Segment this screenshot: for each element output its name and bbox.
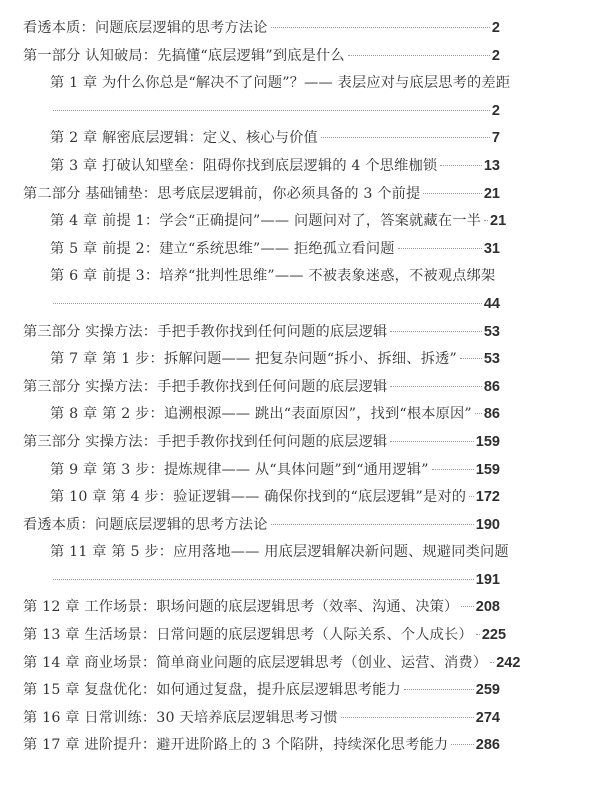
toc-entry-page: 259 xyxy=(476,677,500,705)
dot-leader xyxy=(484,220,488,221)
toc-entry[interactable]: 第 15 章 复盘优化：如何通过复盘，提升底层逻辑思考能力 259 xyxy=(0,677,603,705)
toc-entry-page: 191 xyxy=(476,567,500,595)
toc-entry-page: 159 xyxy=(476,457,500,485)
dot-leader xyxy=(451,744,473,745)
toc-entry[interactable]: 第 9 章 第 3 步：提炼规律—— 从“具体问题”到“通用逻辑” 159 xyxy=(0,457,603,485)
toc-entry-title: 第 17 章 进阶提升：避开进阶路上的 3 个陷阱，持续深化思考能力 xyxy=(23,732,448,760)
dot-leader xyxy=(348,55,490,56)
toc-entry-title: 第三部分 实操方法：手把手教你找到任何问题的底层逻辑 xyxy=(23,319,387,347)
dot-leader xyxy=(460,358,482,359)
toc-entry-page: 2 xyxy=(492,15,500,43)
toc-entry-title: 第 13 章 生活场景：日常问题的底层逻辑思考（人际关系、个人成长） xyxy=(23,622,473,650)
toc-entry[interactable]: 第 1 章 为什么你总是“解决不了问题”？—— 表层应对与底层思考的差距 xyxy=(0,70,603,98)
toc-entry-page: 31 xyxy=(484,236,500,264)
toc-entry[interactable]: 第二部分 基础铺垫：思考底层逻辑前，你必须具备的 3 个前提 21 xyxy=(0,181,603,209)
toc-entry-title: 看透本质：问题底层逻辑的思考方法论 xyxy=(23,15,268,43)
toc-entry-page: 2 xyxy=(492,43,500,71)
toc-entry-title: 第 11 章 第 5 步：应用落地—— 用底层逻辑解决新问题、规避同类问题 xyxy=(50,539,509,567)
toc-entry[interactable]: 看透本质：问题底层逻辑的思考方法论 190 xyxy=(0,512,603,540)
toc-entry[interactable]: 第 6 章 前提 3：培养“批判性思维”—— 不被表象迷惑，不被观点绑架 xyxy=(0,263,603,291)
dot-leader xyxy=(475,413,482,414)
toc-entry-title: 第 6 章 前提 3：培养“批判性思维”—— 不被表象迷惑，不被观点绑架 xyxy=(50,263,500,291)
toc-entry[interactable]: 第三部分 实操方法：手把手教你找到任何问题的底层逻辑 86 xyxy=(0,374,603,402)
toc-entry-page: 2 xyxy=(492,98,500,126)
toc-entry[interactable]: 第 16 章 日常训练：30 天培养底层逻辑思考习惯 274 xyxy=(0,705,603,733)
toc-entry-continuation[interactable]: 2 xyxy=(0,98,603,126)
toc-entry-title: 第 15 章 复盘优化：如何通过复盘，提升底层逻辑思考能力 xyxy=(23,677,401,705)
toc-entry[interactable]: 第 11 章 第 5 步：应用落地—— 用底层逻辑解决新问题、规避同类问题 xyxy=(0,539,603,567)
dot-leader xyxy=(476,634,480,635)
dot-leader xyxy=(390,441,473,442)
dot-leader xyxy=(432,469,474,470)
dot-leader xyxy=(53,303,482,304)
toc-entry[interactable]: 第 7 章 第 1 步：拆解问题—— 把复杂问题“拆小、拆细、拆透” 53 xyxy=(0,346,603,374)
toc-entry[interactable]: 第三部分 实操方法：手把手教你找到任何问题的底层逻辑 53 xyxy=(0,319,603,347)
dot-leader xyxy=(461,606,473,607)
toc-entry-continuation[interactable]: 191 xyxy=(0,567,603,595)
dot-leader xyxy=(53,110,490,111)
toc-entry[interactable]: 第 12 章 工作场景：职场问题的底层逻辑思考（效率、沟通、决策） 208 xyxy=(0,594,603,622)
dot-leader xyxy=(390,331,481,332)
toc-entry-page: 172 xyxy=(476,484,500,512)
toc-entry-page: 286 xyxy=(476,732,500,760)
toc-entry-page: 274 xyxy=(476,705,500,733)
toc-entry-page: 7 xyxy=(492,125,500,153)
dot-leader xyxy=(271,524,474,525)
toc-entry-title: 第三部分 实操方法：手把手教你找到任何问题的底层逻辑 xyxy=(23,429,387,457)
toc-entry[interactable]: 第 5 章 前提 2：建立“系统思维”—— 拒绝孤立看问题 31 xyxy=(0,236,603,264)
toc-entry-title: 第 5 章 前提 2：建立“系统思维”—— 拒绝孤立看问题 xyxy=(50,236,395,264)
table-of-contents: 看透本质：问题底层逻辑的思考方法论 2 第一部分 认知破局：先搞懂“底层逻辑”到… xyxy=(0,15,603,760)
dot-leader xyxy=(423,193,481,194)
toc-entry-title: 第 3 章 打破认知壁垒：阻碍你找到底层逻辑的 4 个思维枷锁 xyxy=(50,153,437,181)
toc-entry[interactable]: 第 8 章 第 2 步：追溯根源—— 跳出“表面原因”，找到“根本原因” 86 xyxy=(0,401,603,429)
toc-entry-page: 159 xyxy=(476,429,500,457)
toc-entry-page: 86 xyxy=(484,401,500,429)
dot-leader xyxy=(469,496,474,497)
toc-entry-title: 第 7 章 第 1 步：拆解问题—— 把复杂问题“拆小、拆细、拆透” xyxy=(50,346,457,374)
toc-entry[interactable]: 第 2 章 解密底层逻辑：定义、核心与价值 7 xyxy=(0,125,603,153)
toc-entry-page: 225 xyxy=(482,622,506,650)
toc-entry-page: 21 xyxy=(490,208,506,236)
dot-leader xyxy=(398,248,482,249)
toc-entry[interactable]: 第三部分 实操方法：手把手教你找到任何问题的底层逻辑 159 xyxy=(0,429,603,457)
toc-entry[interactable]: 第 10 章 第 4 步：验证逻辑—— 确保你找到的“底层逻辑”是对的 172 xyxy=(0,484,603,512)
toc-entry-title: 第 2 章 解密底层逻辑：定义、核心与价值 xyxy=(50,125,318,153)
dot-leader xyxy=(440,165,482,166)
toc-entry[interactable]: 第 4 章 前提 1：学会“正确提问”—— 问题问对了，答案就藏在一半 21 xyxy=(0,208,603,236)
toc-entry-page: 13 xyxy=(484,153,500,181)
toc-entry[interactable]: 第 13 章 生活场景：日常问题的底层逻辑思考（人际关系、个人成长） 225 xyxy=(0,622,603,650)
toc-entry-page: 53 xyxy=(484,346,500,374)
toc-entry[interactable]: 第 17 章 进阶提升：避开进阶路上的 3 个陷阱，持续深化思考能力 286 xyxy=(0,732,603,760)
toc-entry-title: 第 1 章 为什么你总是“解决不了问题”？—— 表层应对与底层思考的差距 xyxy=(50,70,510,98)
toc-entry-title: 第 12 章 工作场景：职场问题的底层逻辑思考（效率、沟通、决策） xyxy=(23,594,458,622)
toc-entry-page: 208 xyxy=(476,594,500,622)
toc-entry-title: 第一部分 认知破局：先搞懂“底层逻辑”到底是什么 xyxy=(23,43,345,71)
toc-entry-page: 242 xyxy=(496,650,520,678)
dot-leader xyxy=(53,579,474,580)
dot-leader xyxy=(390,386,481,387)
toc-entry-continuation[interactable]: 44 xyxy=(0,291,603,319)
toc-entry-title: 看透本质：问题底层逻辑的思考方法论 xyxy=(23,512,268,540)
dot-leader xyxy=(341,717,474,718)
dot-leader xyxy=(404,689,474,690)
toc-entry-page: 44 xyxy=(484,291,500,319)
toc-entry-title: 第 16 章 日常训练：30 天培养底层逻辑思考习惯 xyxy=(23,705,338,733)
toc-entry[interactable]: 看透本质：问题底层逻辑的思考方法论 2 xyxy=(0,15,603,43)
toc-entry-title: 第三部分 实操方法：手把手教你找到任何问题的底层逻辑 xyxy=(23,374,387,402)
toc-entry-page: 190 xyxy=(476,512,500,540)
dot-leader xyxy=(271,27,490,28)
toc-entry-title: 第 9 章 第 3 步：提炼规律—— 从“具体问题”到“通用逻辑” xyxy=(50,457,429,485)
toc-entry-title: 第 4 章 前提 1：学会“正确提问”—— 问题问对了，答案就藏在一半 xyxy=(50,208,481,236)
toc-entry-title: 第 14 章 商业场景：简单商业问题的底层逻辑思考（创业、运营、消费） xyxy=(23,650,487,678)
toc-entry-title: 第 8 章 第 2 步：追溯根源—— 跳出“表面原因”，找到“根本原因” xyxy=(50,401,472,429)
dot-leader xyxy=(490,662,494,663)
dot-leader xyxy=(321,137,490,138)
toc-entry-page: 86 xyxy=(484,374,500,402)
toc-entry[interactable]: 第一部分 认知破局：先搞懂“底层逻辑”到底是什么 2 xyxy=(0,43,603,71)
toc-entry-title: 第 10 章 第 4 步：验证逻辑—— 确保你找到的“底层逻辑”是对的 xyxy=(50,484,466,512)
toc-entry-page: 21 xyxy=(484,181,500,209)
toc-entry-title: 第二部分 基础铺垫：思考底层逻辑前，你必须具备的 3 个前提 xyxy=(23,181,420,209)
toc-entry[interactable]: 第 14 章 商业场景：简单商业问题的底层逻辑思考（创业、运营、消费） 242 xyxy=(0,650,603,678)
toc-entry[interactable]: 第 3 章 打破认知壁垒：阻碍你找到底层逻辑的 4 个思维枷锁 13 xyxy=(0,153,603,181)
toc-entry-page: 53 xyxy=(484,319,500,347)
